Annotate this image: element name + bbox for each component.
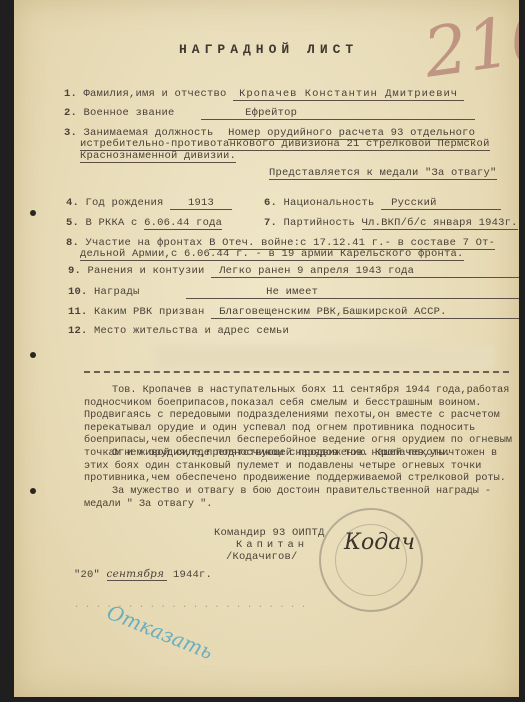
citation-paragraph-2: Огнем орудия,где подносчиком снарядов то…	[84, 448, 519, 486]
punch-hole	[30, 352, 36, 358]
document-date: "20" сентября 1944г.	[74, 568, 212, 581]
separator	[84, 371, 509, 373]
redacted-area	[154, 345, 494, 369]
handwritten-signature: Кодач	[344, 530, 415, 555]
punch-hole	[30, 488, 36, 494]
full-name: Кропачев Константин Дмитриевич	[233, 88, 464, 101]
field-7: 7. Партийность Чл.ВКП/б/с января 1943г.	[264, 217, 518, 229]
field-10: 10. Награды Не имеет	[68, 286, 519, 299]
signatory-title: Командир 93 ОИПТД	[214, 527, 325, 539]
award-sheet-page: 210 НАГРАДНОЙ ЛИСТ 1. Фамилия,имя и отче…	[14, 0, 519, 697]
field-4: 4. Год рождения 1913	[66, 197, 232, 210]
nominated-for: Представляется к медали "За отвагу"	[269, 167, 497, 180]
document-title: НАГРАДНОЙ ЛИСТ	[179, 42, 358, 57]
field-2: 2. Военное звание Ефрейтор	[64, 107, 475, 120]
field-12: 12. Место жительства и адрес семьи	[68, 325, 289, 337]
field-11: 11. Каким РВК призван Благовещенским РВК…	[68, 306, 519, 319]
field-9: 9. Ранения и контузии Легко ранен 9 апре…	[68, 265, 519, 278]
field-1: 1. Фамилия,имя и отчество Кропачев Конст…	[64, 88, 464, 100]
signatory-name: /Кодачигов/	[226, 551, 298, 563]
field-6: 6. Национальность Русский	[264, 197, 501, 210]
military-rank: Ефрейтор	[201, 107, 475, 120]
signatory-rank: Капитан	[236, 539, 308, 551]
archive-number: 210	[419, 0, 519, 94]
field-5: 5. В РККА с 6.06.44 года	[66, 217, 222, 229]
citation-paragraph-3: За мужество и отвагу в бою достоин прави…	[84, 486, 519, 511]
official-stamp	[319, 508, 423, 612]
punch-hole	[30, 210, 36, 216]
